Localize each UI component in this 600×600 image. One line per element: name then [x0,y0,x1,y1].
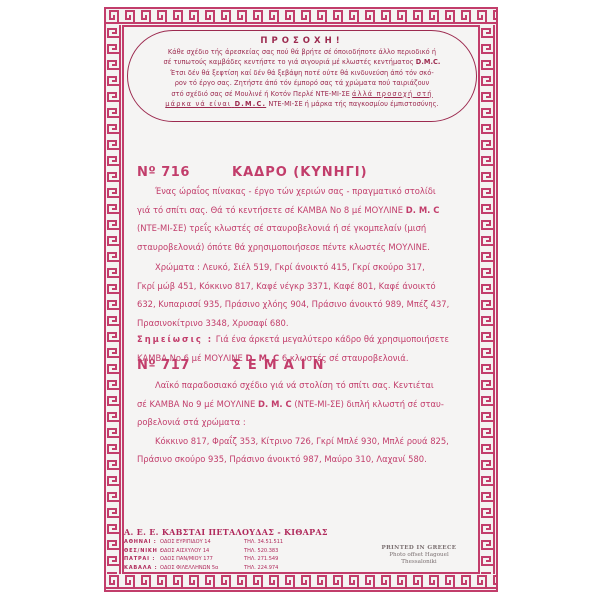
greek-key-border-right [480,25,496,574]
notice-line: σέ τυπωτούς καμβάδες κεντήστε το γιά σιγ… [150,57,454,67]
notice-text: στό σχέδιό σας σέ Μουλινέ ή Κοτόν Περλέ … [171,90,350,98]
entry-716-description: Ένας ώραΐος πίνακας - έργο τών χεριών σα… [137,182,465,256]
text: Ένας ώραΐος πίνακας - έργο τών χεριών σα… [155,186,436,196]
printer-line: PRINTED IN GREECE [372,545,466,552]
city: ΑΘΗΝΑΙ : [124,538,160,547]
address-row: ΘΕΣ/ΝΙΚΗ :ΟΔΟΣ ΑΙΣΧΥΛΟΥ 14ΤΗΛ. 520.383 [124,547,328,556]
notice-emphasis: μάρκα νά είναι D.M.C. [165,100,266,108]
telephone: ΤΗΛ. 34.51.511 [244,538,276,547]
entry-717-heading: Nº 717ΣΕΜΑΙΝ [137,358,330,373]
street: ΟΔΟΣ ΕΥΡΙΠΙΔΟΥ 14 [160,538,244,547]
notice-line: μάρκα νά είναι D.M.C. ΝΤΕ-ΜΙ-ΣΕ ή μάρκα … [150,99,454,109]
greek-key-border-top [106,9,496,25]
notice-line: Έτσι δέν θά ξεφτίση καί δέν θά ξεβάψη πο… [150,68,454,78]
notice-body: Κάθε σχέδιο τής άρεσκείας σας πού θά βρή… [150,47,454,109]
text-line: σέ ΚΑΜΒΑ Νο 9 μέ ΜΟΥΛΙΝΕ D. M. C (ΝΤΕ-ΜΙ… [137,395,465,414]
entry-title: ΣΕΜΑΙΝ [232,358,330,373]
text-line: Χρώματα : Λευκό, Σιέλ 519, Γκρί άνοικτό … [137,258,465,277]
entry-title: ΚΑΔΡΟ (ΚΥΝΗΓΙ) [232,165,368,180]
city: ΠΑΤΡΑΙ : [124,555,160,564]
address-row: ΚΑΒΑΛΑ :ΟΔΟΣ ΦΙΛΕΛΛΗΝΩΝ 5αΤΗΛ. 224.974 [124,564,328,573]
company-name: Α. Ε. Ε. ΚΑΒΣΤΑΙ ΠΕΤΑΛΟΥΔΑΣ - ΚΙΘΑΡΑΣ [124,527,328,538]
printer-credit: PRINTED IN GREECE Photo offset Hagouel T… [372,545,466,567]
text-line: Ένας ώραΐος πίνακας - έργο τών χεριών σα… [137,182,465,201]
text-line: Γκρί μώβ 451, Κόκκινο 817, Καφέ νέγκρ 33… [137,277,465,296]
brand-mark: D.M.C. [416,58,441,66]
distributor-address: Α. Ε. Ε. ΚΑΒΣΤΑΙ ΠΕΤΑΛΟΥΔΑΣ - ΚΙΘΑΡΑΣ ΑΘ… [124,527,328,572]
text-line: γιά τό σπίτι σας. Θά τό κεντήσετε σέ ΚΑΜ… [137,201,465,220]
notice-title: ΠΡΟΣΟΧΗ! [128,36,476,46]
city: ΘΕΣ/ΝΙΚΗ : [124,547,160,556]
telephone: ΤΗΛ. 224.974 [244,564,276,573]
notice-box: ΠΡΟΣΟΧΗ! Κάθε σχέδιο τής άρεσκείας σας π… [127,30,477,122]
city: ΚΑΒΑΛΑ : [124,564,160,573]
text-line: Σημείωσις : Γιά ένα άρκετά μεγαλύτερο κά… [137,330,465,349]
brand-mark: D.M.C. [235,100,267,108]
entry-716-colors: Χρώματα : Λευκό, Σιέλ 519, Γκρί άνοικτό … [137,258,465,332]
entry-number: Nº 716 [137,165,232,180]
text: σέ ΚΑΜΒΑ Νο 9 μέ ΜΟΥΛΙΝΕ [137,399,255,409]
text-line: 632, Κυπαρισσί 935, Πράσινο χλόης 904, Π… [137,295,465,314]
address-row: ΠΑΤΡΑΙ :ΟΔΟΣ ΠΑΝ/ΜΙΟΥ 177ΤΗΛ. 271.549 [124,555,328,564]
brand-mark: D. M. C [406,205,440,215]
notice-text: ΝΤΕ-ΜΙ-ΣΕ ή μάρκα τής παγκοσμίου έμπιστο… [268,100,438,108]
text: Κόκκινο 817, Φραΐζ 353, Κίτρινο 726, Γκρ… [155,436,449,446]
greek-key-border-left [106,25,122,574]
notice-line: ρον τό έργο σας. Ζητήστε άπό τόν έμπορό … [150,78,454,88]
printer-line: Photo offset Hagouel [372,552,466,559]
telephone: ΤΗΛ. 520.383 [244,547,276,556]
notice-line: Κάθε σχέδιο τής άρεσκείας σας πού θά βρή… [150,47,454,57]
colors-label: Χρώματα : [155,262,200,272]
street: ΟΔΟΣ ΑΙΣΧΥΛΟΥ 14 [160,547,244,556]
text-line: Πράσινο σκούρο 935, Πράσινο άνοικτό 987,… [137,450,465,469]
street: ΟΔΟΣ ΠΑΝ/ΜΙΟΥ 177 [160,555,244,564]
text-line: σταυροβελονιά) όπότε θά χρησιμοποιήσεσε … [137,238,465,257]
greek-key-border-bottom [106,574,496,590]
address-row: ΑΘΗΝΑΙ :ΟΔΟΣ ΕΥΡΙΠΙΔΟΥ 14ΤΗΛ. 34.51.511 [124,538,328,547]
notice-emphasis: άλλά προσοχή στή [352,90,433,98]
brand-mark: D. M. C [258,399,292,409]
notice-text: σέ τυπωτούς καμβάδες κεντήστε το γιά σιγ… [164,58,414,66]
text: Γιά ένα άρκετά μεγαλύτερο κάδρο θά χρησι… [216,334,449,344]
printer-line: Thessaloniki [372,559,466,566]
note-label: Σημείωσις : [137,334,213,344]
text-line: (ΝΤΕ-ΜΙ-ΣΕ) τρεΐς κλωστές σέ σταυροβελον… [137,219,465,238]
text-line: Λαϊκό παραδοσιακό σχέδιο γιά νά στολίση … [137,376,465,395]
text-line: Κόκκινο 817, Φραΐζ 353, Κίτρινο 726, Γκρ… [137,432,465,451]
text: Λαϊκό παραδοσιακό σχέδιο γιά νά στολίση … [155,380,434,390]
telephone: ΤΗΛ. 271.549 [244,555,276,564]
entry-717-description: Λαϊκό παραδοσιακό σχέδιο γιά νά στολίση … [137,376,465,469]
street: ΟΔΟΣ ΦΙΛΕΛΛΗΝΩΝ 5α [160,564,244,573]
notice-line: στό σχέδιό σας σέ Μουλινέ ή Κοτόν Περλέ … [150,89,454,99]
notice-text: μάρκα νά είναι [165,100,231,108]
text: γιά τό σπίτι σας. Θά τό κεντήσετε σέ ΚΑΜ… [137,205,403,215]
text: Λευκό, Σιέλ 519, Γκρί άνοικτό 415, Γκρί … [203,262,425,272]
entry-number: Nº 717 [137,358,232,373]
text: (ΝΤΕ-ΜΙ-ΣΕ) διπλή κλωστή σέ σταυ- [294,399,444,409]
entry-716-heading: Nº 716ΚΑΔΡΟ (ΚΥΝΗΓΙ) [137,165,368,180]
text-line: ροβελονιά στά χρώματα : [137,413,465,432]
